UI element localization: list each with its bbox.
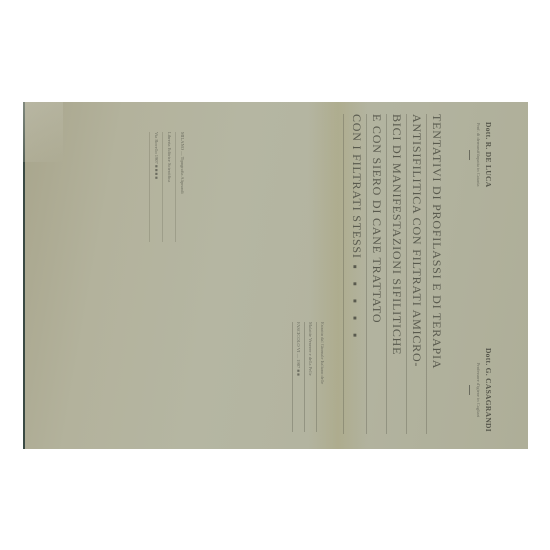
title-line: ANTISIFILITICA CON FILTRATI AMICRO- bbox=[406, 114, 426, 434]
authors-block: Dott. R. DE LUCA Prof. di dermosifilopat… bbox=[469, 122, 493, 432]
title-line: CON I FILTRATI STESSI■ ■ ■ ■ ■ bbox=[343, 114, 366, 434]
journal-reference: Estratto dal Giornale Italiano delle Mal… bbox=[292, 322, 328, 432]
author-role: Prof. di dermosifilopatia in Catania bbox=[476, 122, 481, 187]
imprint-line: MILANO — Tipografia Aliprandi bbox=[175, 132, 188, 242]
document-title: TENTATIVI DI PROFILASSI E DI TERAPIA ANT… bbox=[343, 114, 446, 434]
ornament: ■ ■ ■ ■ ■ bbox=[351, 265, 357, 343]
imprint-line: Via Rovello 1907 ■ ■ ■ ■ bbox=[149, 132, 162, 242]
rotated-content: Dott. R. DE LUCA Prof. di dermosifilopat… bbox=[23, 102, 528, 449]
author-1: Dott. R. DE LUCA Prof. di dermosifilopat… bbox=[469, 122, 493, 187]
scanned-page: Dott. R. DE LUCA Prof. di dermosifilopat… bbox=[23, 102, 528, 449]
title-line: E CON SIERO DI CANE TRATTATO bbox=[366, 114, 386, 434]
divider bbox=[469, 150, 470, 160]
author-name: Dott. G. CASAGRANDI bbox=[484, 348, 493, 432]
title-line: TENTATIVI DI PROFILASSI E DI TERAPIA bbox=[426, 114, 446, 434]
publisher-imprint: MILANO — Tipografia Aliprandi Libreria E… bbox=[149, 132, 188, 242]
author-2: Dott. G. CASAGRANDI Professore d'igiene … bbox=[469, 348, 493, 432]
imprint-line: Libreria Editrice Scientifica bbox=[162, 132, 175, 242]
journal-line: FASCICOLO VI — 1907 ■ ■ bbox=[292, 322, 304, 432]
journal-line: Estratto dal Giornale Italiano delle bbox=[316, 322, 328, 432]
divider bbox=[469, 385, 470, 395]
author-role: Professore d'igiene in Cagliari bbox=[476, 348, 481, 432]
journal-line: Malattie Veneree e della Pelle bbox=[304, 322, 316, 432]
title-line-text: CON I FILTRATI STESSI bbox=[350, 114, 364, 259]
author-name: Dott. R. DE LUCA bbox=[484, 122, 493, 187]
title-line: BICI DI MANIFESTAZIONI SIFILITICHE bbox=[386, 114, 406, 434]
